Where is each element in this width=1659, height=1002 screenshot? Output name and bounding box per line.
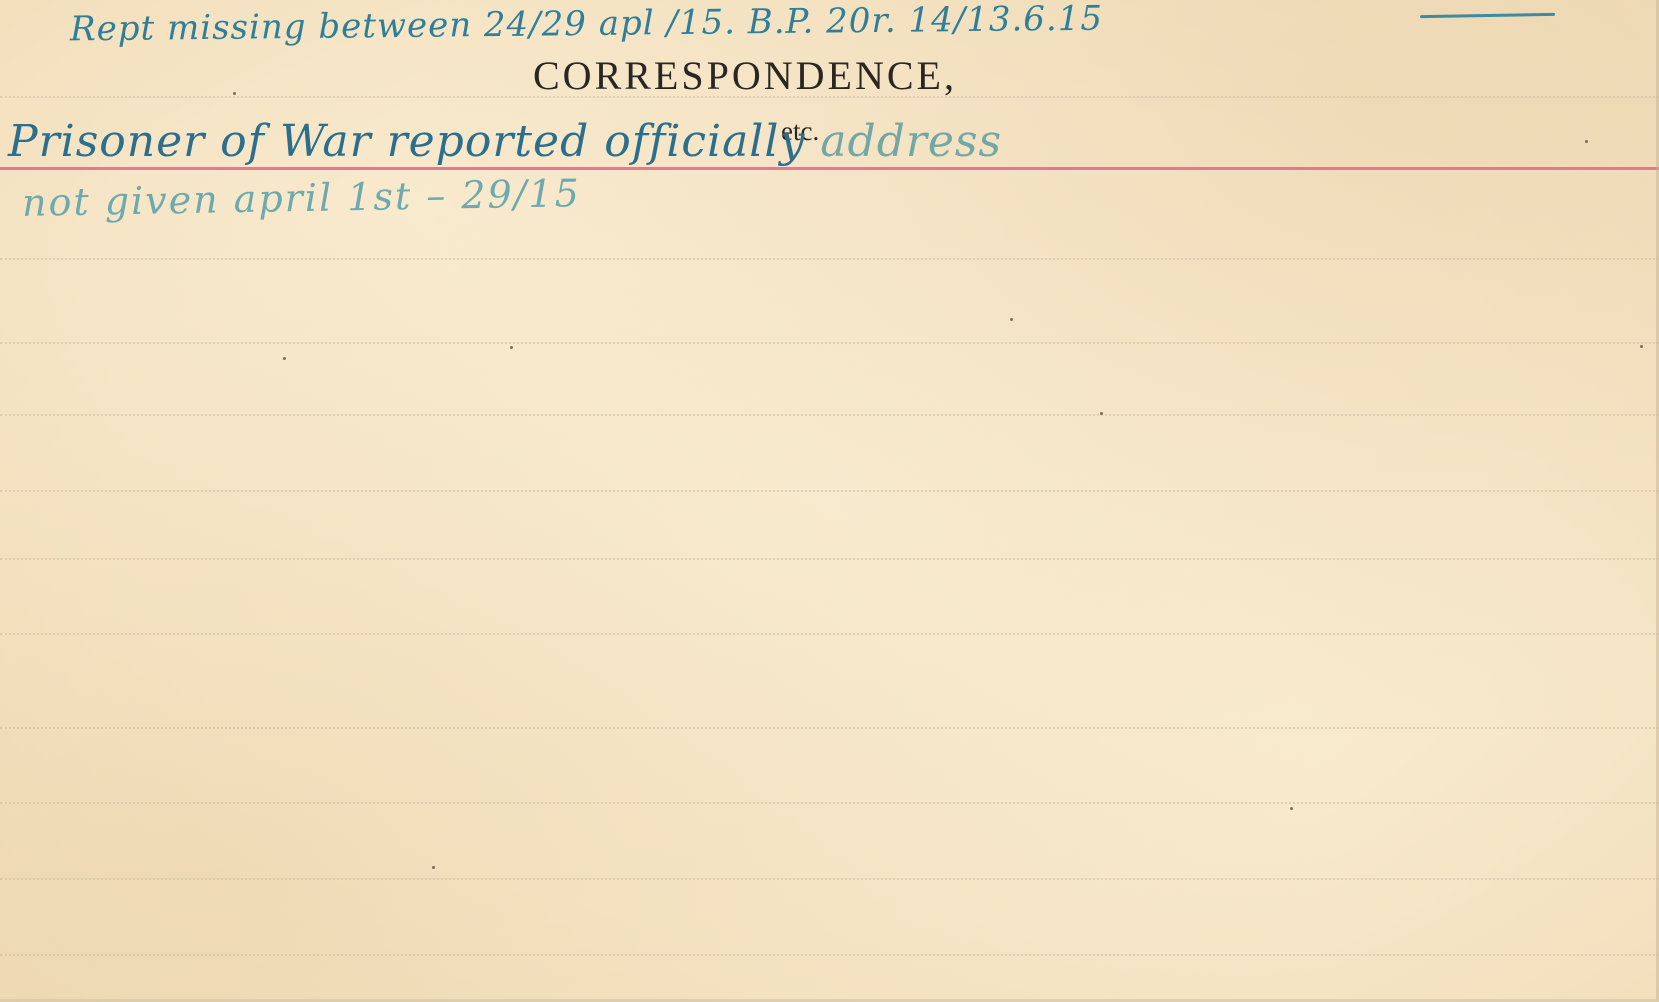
red-header-rule	[0, 167, 1659, 170]
paper-speck	[1290, 807, 1293, 810]
ruling-line	[0, 954, 1659, 956]
handwritten-line-1: Prisoner of War reported officially addr…	[8, 116, 1002, 167]
handwritten-line-1-main: Prisoner of War reported officially	[8, 116, 805, 167]
paper-speck	[510, 346, 513, 349]
paper-speck	[1010, 318, 1013, 321]
paper-speck	[1585, 140, 1588, 143]
handwritten-line-1-faded: address	[805, 116, 1002, 167]
printed-heading: CORRESPONDENCE,	[533, 52, 957, 99]
paper-speck	[283, 357, 286, 360]
handwritten-dash	[1420, 13, 1555, 18]
handwritten-top-note: Rept missing between 24/29 apl /15. B.P.…	[70, 0, 1103, 49]
ruling-line	[0, 727, 1659, 729]
ruling-line	[0, 878, 1659, 880]
correspondence-card: CORRESPONDENCE, etc. Rept missing betwee…	[0, 0, 1659, 1002]
ruling-line	[0, 258, 1659, 260]
paper-speck	[1640, 345, 1643, 348]
ruling-line	[0, 802, 1659, 804]
paper-speck	[233, 92, 236, 95]
ruling-line	[0, 490, 1659, 492]
ruling-line	[0, 558, 1659, 560]
handwritten-line-2: not given april 1st – 29/15	[22, 171, 582, 225]
ruling-line	[0, 414, 1659, 416]
ruling-line	[0, 633, 1659, 635]
ruling-line	[0, 342, 1659, 344]
paper-speck	[432, 866, 435, 869]
paper-speck	[1100, 412, 1103, 415]
